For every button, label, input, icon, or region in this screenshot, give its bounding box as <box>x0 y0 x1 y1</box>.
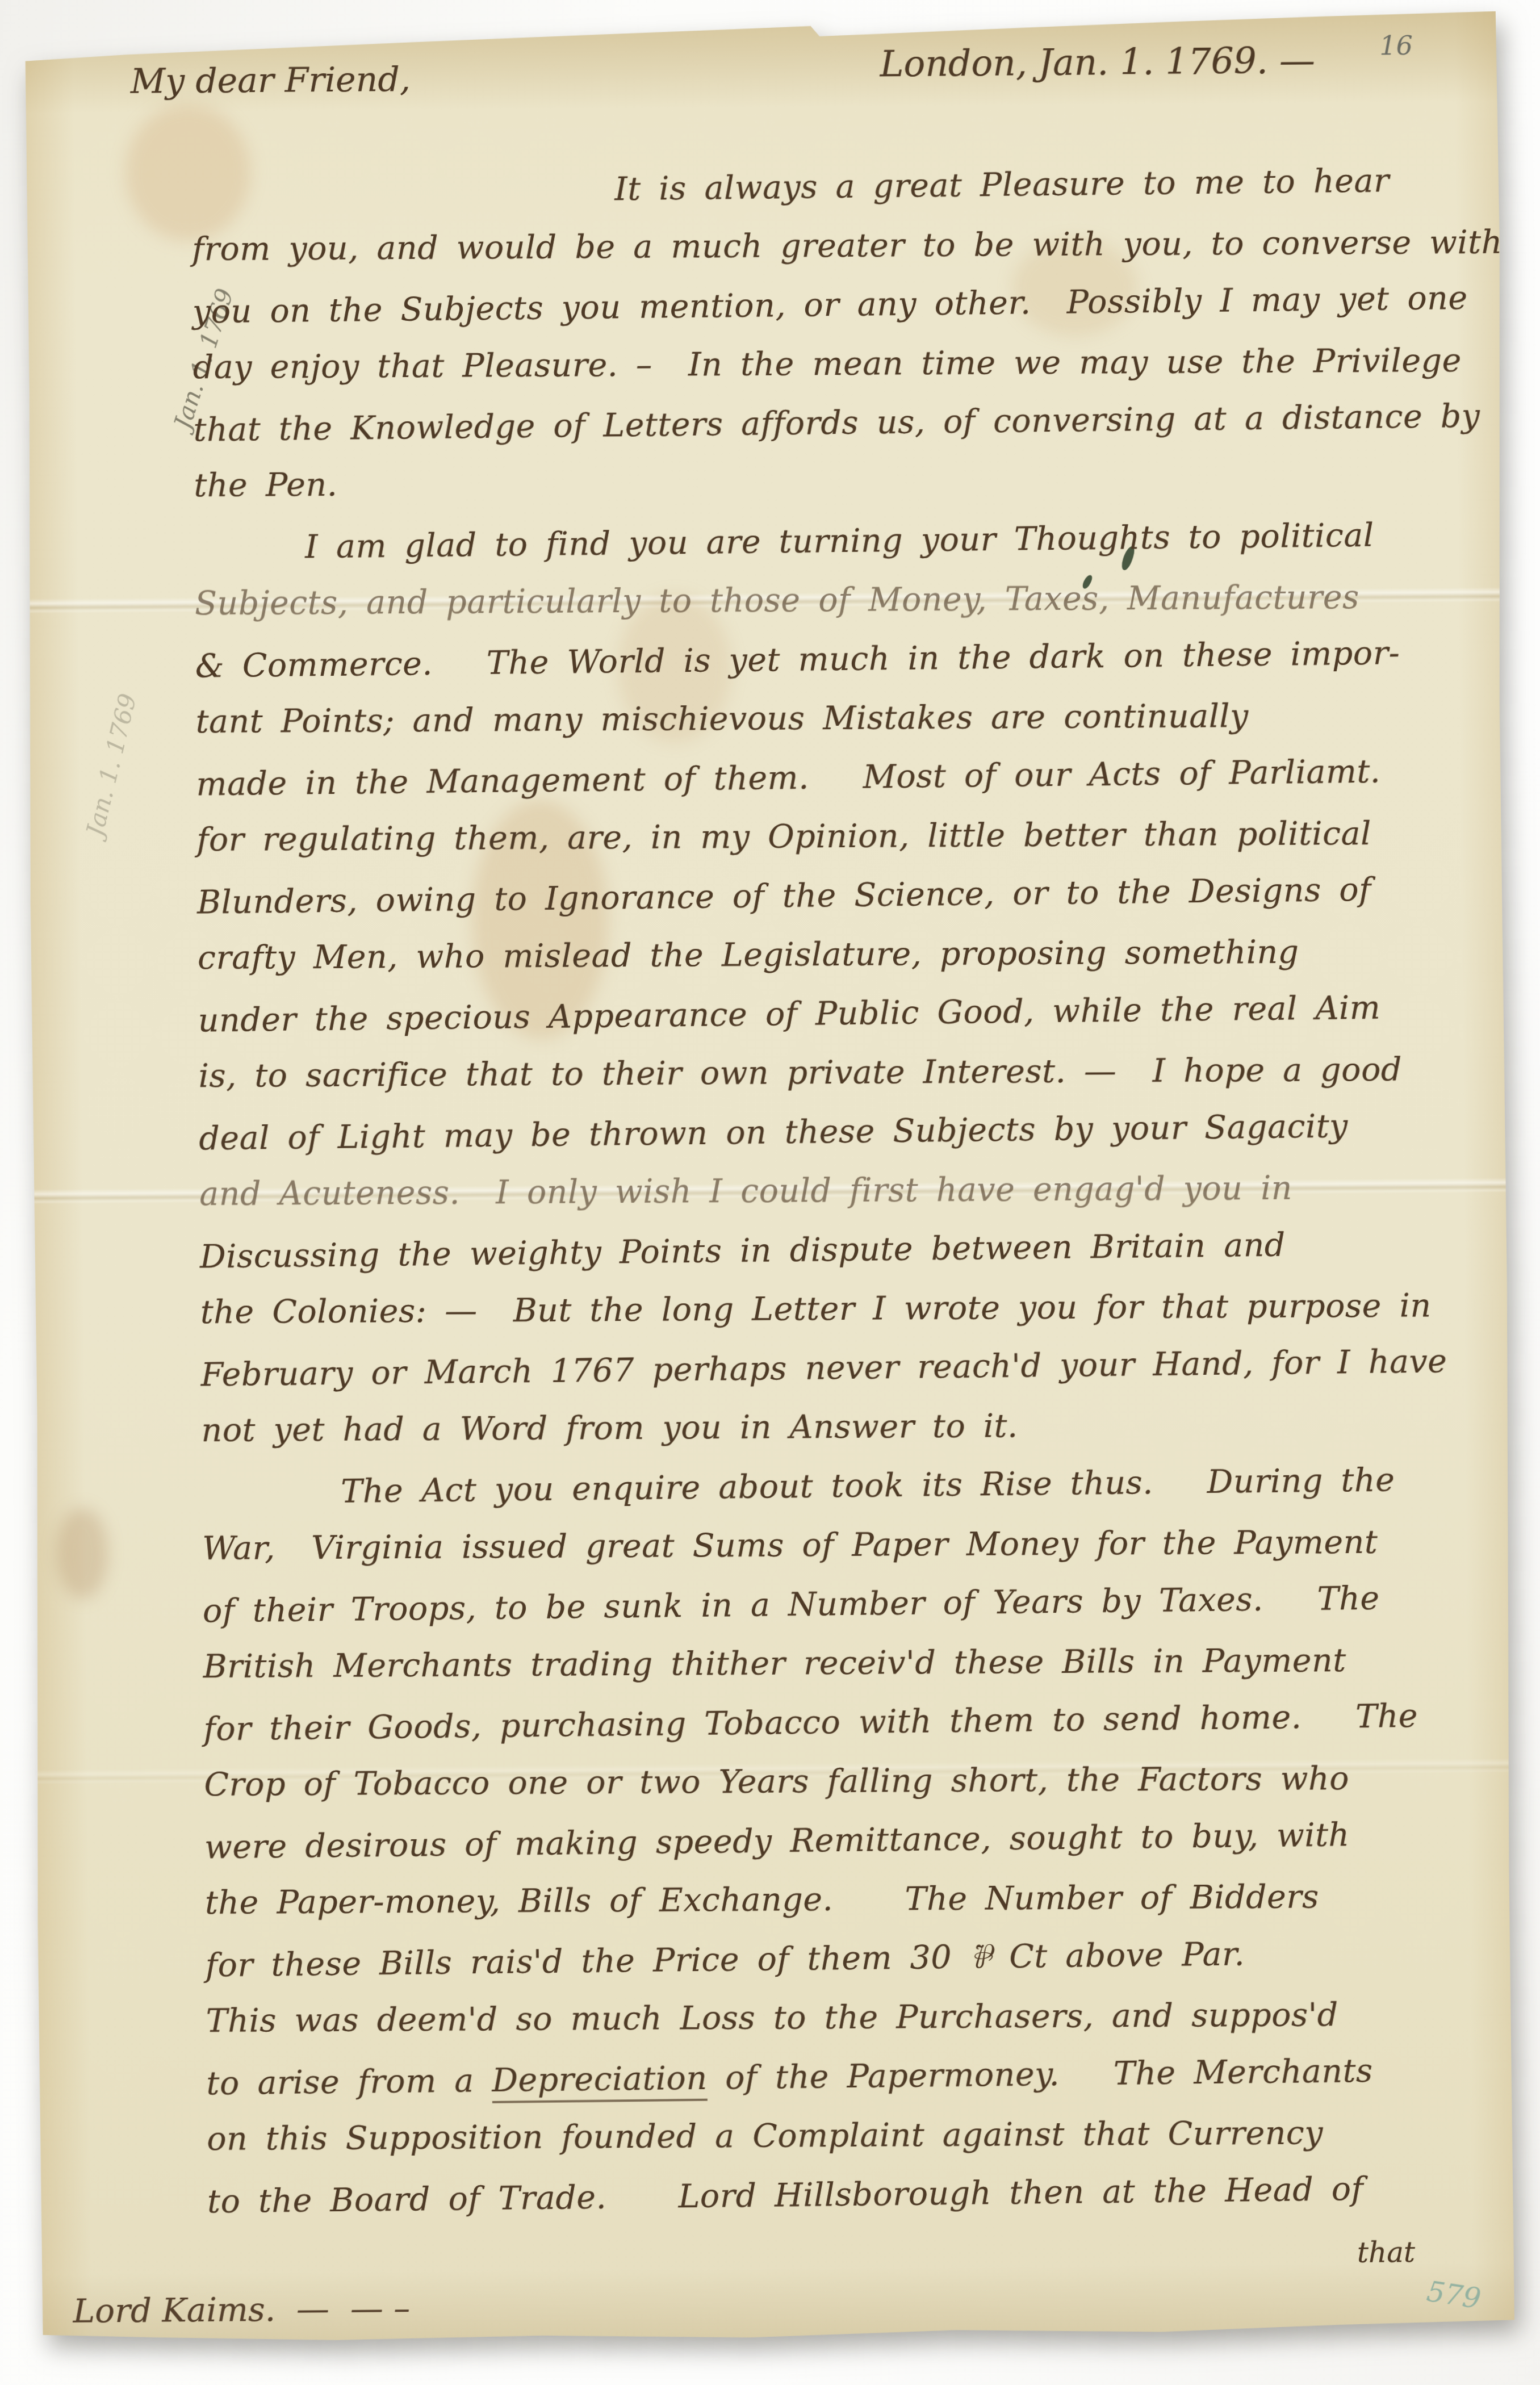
page-number: 16 <box>1379 30 1413 61</box>
manuscript-page-wrap: Jan. 1. 1769 Jan. 1. 1769 16 My dear Fri… <box>22 9 1517 2344</box>
per-cent-sign: ⅌ <box>969 1938 991 1976</box>
catalog-number: 579 <box>1425 2275 1483 2316</box>
letter-line: day enjoy that Pleasure. – In the mean t… <box>193 331 1488 397</box>
letter-line: the Paper-money, Bills of Exchange. The … <box>205 1867 1500 1932</box>
dateline: London, Jan. 1. 1769. — <box>880 40 1315 85</box>
letter-line: Crop of Tobacco one or two Years falling… <box>204 1748 1499 1814</box>
letter-line: for these Bills rais'd the Price of them… <box>205 1922 1500 1995</box>
letter-line: the Colonies: — But the long Letter I wr… <box>200 1276 1496 1342</box>
letter-line: under the specious Appearance of Public … <box>198 977 1493 1050</box>
letter-line: It is always a great Pleasure to me to h… <box>191 150 1487 223</box>
line-text: Ct above Par. <box>991 1935 1245 1976</box>
letter-line: to arise from a Depreciation of the Pape… <box>206 2040 1501 2113</box>
letter-line: not yet had a Word from you in Answer to… <box>201 1394 1496 1460</box>
photograph-background: Jan. 1. 1769 Jan. 1. 1769 16 My dear Fri… <box>0 0 1540 2385</box>
letter-line: that the Knowledge of Letters affords us… <box>193 386 1488 459</box>
salutation: My dear Friend, <box>131 60 411 102</box>
letter-line: of their Troops, to be sunk in a Number … <box>202 1567 1497 1641</box>
letter-line: for regulating them, are, in my Opinion,… <box>196 804 1492 869</box>
letter-line: This was deem'd so much Loss to the Purc… <box>206 1985 1501 2051</box>
line-text: for these Bills rais'd the Price of them… <box>206 1939 970 1985</box>
letter-line: Discussing the weighty Points in dispute… <box>200 1213 1495 1286</box>
letter-line: crafty Men, who mislead the Legislature,… <box>198 922 1493 988</box>
letter-line: is, to sacrifice that to their own priva… <box>198 1040 1493 1106</box>
line-text: to arise from a <box>206 2062 492 2103</box>
docket-lord-kaims: Lord Kaims. — — – <box>73 2289 410 2330</box>
letter-line: and Acuteness. I only wish I could first… <box>199 1158 1495 1224</box>
letter-line: you on the Subjects you mention, or any … <box>192 268 1487 341</box>
letter-body: It is always a great Pleasure to me to h… <box>191 152 1503 2229</box>
letter-line: I am glad to find you are turning your T… <box>194 504 1489 578</box>
margin-date-note-faint: Jan. 1. 1769 <box>81 691 142 839</box>
manuscript-page: Jan. 1. 1769 Jan. 1. 1769 16 My dear Fri… <box>22 9 1517 2344</box>
letter-line: deal of Light may be thrown on these Sub… <box>199 1095 1494 1168</box>
letter-line: from you, and would be a much greater to… <box>192 213 1487 279</box>
letter-line: made in the Management of them. Most of … <box>196 740 1491 814</box>
line-text: of the Papermoney. The Merchants <box>707 2052 1373 2097</box>
letter-line: tant Points; and many mischievous Mistak… <box>195 685 1491 751</box>
catchword: that <box>1357 2236 1416 2269</box>
letter-line: The Act you enquire about took its Rise … <box>202 1449 1497 1522</box>
letter-line: February or March 1767 perhaps never rea… <box>200 1331 1496 1404</box>
stain <box>57 1508 108 1599</box>
letter-line: Blunders, owing to Ignorance of the Scie… <box>197 859 1492 932</box>
letter-line: War, Virginia issued great Sums of Paper… <box>202 1512 1497 1578</box>
letter-line: were desirous of making speedy Remittanc… <box>204 1804 1500 1877</box>
letter-line: Subjects, and particularly to those of M… <box>195 567 1490 633</box>
letter-line: for their Goods, purchasing Tobacco with… <box>203 1685 1499 1759</box>
letter-line: British Merchants trading thither receiv… <box>203 1630 1498 1696</box>
letter-line: the Pen. <box>194 449 1489 515</box>
letter-line: & Commerce. The World is yet much in the… <box>195 622 1490 696</box>
letter-line: on this Supposition founded a Complaint … <box>207 2103 1502 2169</box>
underlined-word-depreciation: Depreciation <box>492 2060 708 2103</box>
letter-line: to the Board of Trade. Lord Hillsborough… <box>207 2158 1503 2231</box>
